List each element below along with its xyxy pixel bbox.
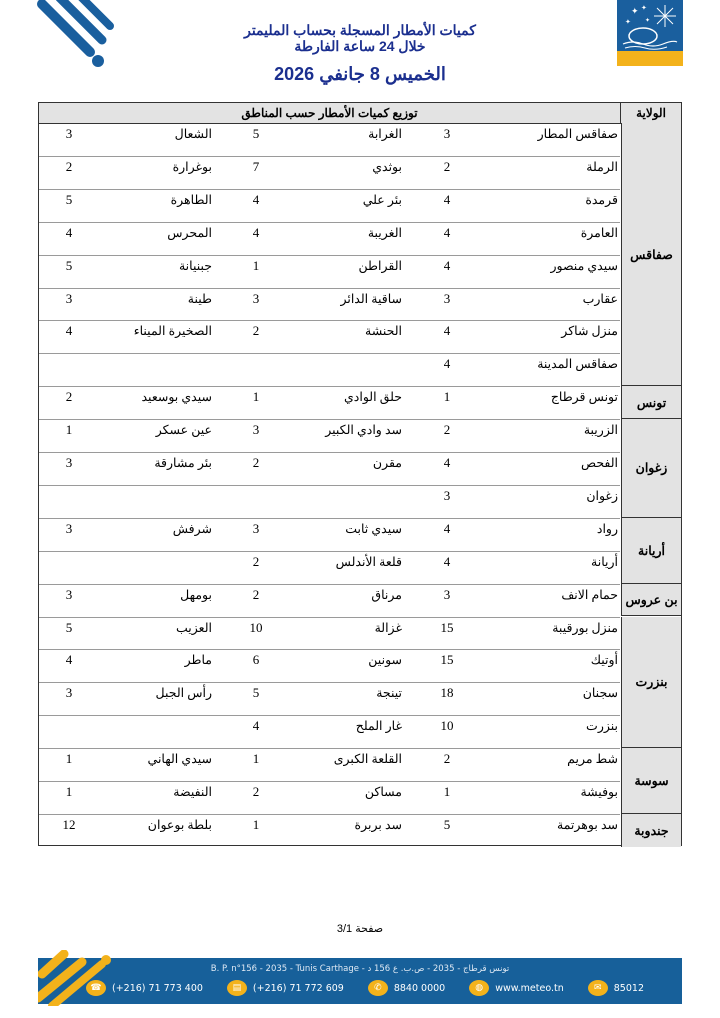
rainfall-value: 3 (435, 587, 459, 603)
station-name: رواد (597, 521, 618, 537)
row-separator (39, 814, 620, 815)
footer-address: B. P. n°156 - 2035 - Tunis Carthage - تو… (38, 964, 682, 974)
rainfall-value: 4 (435, 554, 459, 570)
wilaya-cell: بن عروس (621, 584, 681, 617)
station-name: حلق الوادي (344, 389, 402, 405)
station-name: شط مريم (567, 751, 618, 767)
rainfall-value: 4 (57, 225, 81, 241)
station-name: سد بربرة (355, 817, 402, 833)
table-row: زغوان3 (39, 485, 620, 518)
station-name: منزل شاكر (561, 323, 618, 339)
table-row: تونس قرطاج1حلق الوادي1سيدي بوسعيد2 (39, 386, 620, 419)
table-row: أريانة4قلعة الأندلس2 (39, 551, 620, 584)
svg-text:✦: ✦ (631, 6, 639, 16)
wilaya-cell: سوسة (621, 748, 681, 814)
table-row: سيدي منصور4القراطن1جبنيانة5 (39, 255, 620, 288)
rainfall-value: 4 (435, 225, 459, 241)
rainfall-value: 4 (244, 225, 268, 241)
station-name: القلعة الكبرى (334, 751, 402, 767)
station-name: سد وادي الكبير (325, 422, 402, 438)
rainfall-value: 1 (244, 389, 268, 405)
hotline-icon: ✆ (368, 980, 388, 996)
row-separator (39, 715, 620, 716)
table-row: عقارب3ساقية الدائر3طينة3 (39, 288, 620, 321)
rainfall-value: 1 (244, 817, 268, 833)
station-name: صفاقس المدينة (537, 356, 618, 372)
station-name: بوفيشة (580, 784, 618, 800)
footer-contact-text: (+216) 71 772 609 (253, 983, 344, 994)
rainfall-value: 6 (244, 652, 268, 668)
rainfall-value: 18 (435, 685, 459, 701)
table-row: الزريبة2سد وادي الكبير3عين عسكر1 (39, 419, 620, 452)
station-name: تينجة (376, 685, 402, 701)
row-separator (39, 255, 620, 256)
rainfall-value: 5 (57, 192, 81, 208)
station-name: الزريبة (584, 422, 618, 438)
station-name: بنزرت (586, 718, 618, 734)
rainfall-value: 2 (244, 455, 268, 471)
row-separator (39, 518, 620, 519)
rainfall-value: 1 (244, 751, 268, 767)
station-name: سجنان (583, 685, 618, 701)
row-separator (39, 617, 620, 618)
station-name: ساقية الدائر (340, 291, 402, 307)
sms-icon: ✉ (588, 980, 608, 996)
station-name: المحرس (167, 225, 212, 241)
wilaya-cell: صفاقس (621, 123, 681, 386)
row-separator (39, 781, 620, 782)
rainfall-value: 3 (57, 521, 81, 537)
station-name: مرناق (371, 587, 402, 603)
footer-contact: ✆8840 0000 (368, 980, 445, 996)
station-name: طينة (188, 291, 212, 307)
rainfall-value: 4 (435, 356, 459, 372)
station-name: سد بوهرتمة (557, 817, 618, 833)
station-name: النفيضة (173, 784, 212, 800)
rainfall-value: 2 (244, 323, 268, 339)
rainfall-value: 3 (435, 126, 459, 142)
yellow-stripes-icon (38, 950, 118, 1006)
station-name: العامرة (581, 225, 618, 241)
station-name: بئر مشارقة (154, 455, 212, 471)
table-header: الولاية توزيع كميات الأمطار حسب المناطق (39, 103, 681, 124)
rainfall-value: 4 (244, 718, 268, 734)
station-name: الحنشة (365, 323, 402, 339)
rainfall-value: 5 (244, 685, 268, 701)
row-separator (39, 320, 620, 321)
row-separator (39, 452, 620, 453)
table-row: صفاقس المدينة4 (39, 353, 620, 386)
station-name: الغرابة (368, 126, 402, 142)
table-row: شط مريم2القلعة الكبرى1سيدي الهاني1 (39, 748, 620, 781)
row-separator (39, 386, 620, 387)
row-separator (39, 682, 620, 683)
table-row: حمام الانف3مرناق2بومهل3 (39, 584, 620, 617)
wilaya-cell: جندوبة (621, 814, 681, 847)
footer-contact-text[interactable]: www.meteo.tn (495, 983, 564, 994)
wilaya-cell: بنزرت (621, 617, 681, 749)
station-name: الفحص (581, 455, 618, 471)
station-name: شرفش (173, 521, 212, 537)
rainfall-value: 12 (57, 817, 81, 833)
station-name: ماطر (185, 652, 212, 668)
station-name: بومهل (180, 587, 212, 603)
station-name: مقرن (373, 455, 402, 471)
station-name: منزل بورقيبة (552, 620, 618, 636)
rainfall-value: 3 (244, 521, 268, 537)
rainfall-value: 1 (244, 258, 268, 274)
row-separator (39, 649, 620, 650)
rainfall-value: 15 (435, 620, 459, 636)
column-header-distribution: توزيع كميات الأمطار حسب المناطق (39, 103, 620, 123)
row-separator (39, 156, 620, 157)
station-name: بئر علي (363, 192, 402, 208)
station-name: أريانة (591, 554, 618, 570)
rainfall-value: 10 (435, 718, 459, 734)
row-separator (39, 222, 620, 223)
rainfall-value: 2 (435, 159, 459, 175)
station-name: مساكن (365, 784, 402, 800)
station-name: العزيب (176, 620, 212, 636)
station-name: أوتيك (591, 652, 618, 668)
station-name: سونين (368, 652, 402, 668)
rainfall-value: 4 (57, 652, 81, 668)
rainfall-value: 4 (435, 521, 459, 537)
column-header-wilaya: الولاية (620, 103, 681, 123)
rainfall-value: 2 (57, 159, 81, 175)
station-name: غار الملح (356, 718, 402, 734)
rainfall-value: 3 (244, 291, 268, 307)
station-name: بوثدي (372, 159, 402, 175)
svg-text:✦: ✦ (641, 4, 647, 12)
station-name: صفاقس المطار (538, 126, 618, 142)
rainfall-value: 3 (435, 488, 459, 504)
fax-icon: ▤ (227, 980, 247, 996)
rainfall-value: 3 (435, 291, 459, 307)
table-row: صفاقس المطار3الغرابة5الشعال3 (39, 123, 620, 156)
footer-band: B. P. n°156 - 2035 - Tunis Carthage - تو… (38, 958, 682, 1004)
station-name: غزالة (375, 620, 402, 636)
station-name: سيدي ثابت (345, 521, 402, 537)
footer-contact-text: (+216) 71 773 400 (112, 983, 203, 994)
table-row: قرمدة4بئر علي4الطاهرة5 (39, 189, 620, 222)
station-name: الصخيرة الميناء (134, 323, 212, 339)
rainfall-value: 4 (57, 323, 81, 339)
web-icon: ◍ (469, 980, 489, 996)
station-name: زغوان (586, 488, 618, 504)
table-row: منزل شاكر4الحنشة2الصخيرة الميناء4 (39, 320, 620, 353)
rainfall-value: 1 (57, 784, 81, 800)
rainfall-value: 4 (435, 455, 459, 471)
rainfall-value: 5 (57, 258, 81, 274)
rainfall-value: 4 (435, 323, 459, 339)
rainfall-value: 7 (244, 159, 268, 175)
rainfall-value: 4 (435, 192, 459, 208)
footer-contact-text: 8840 0000 (394, 983, 445, 994)
station-name: الرملة (586, 159, 618, 175)
footer-contact-text: 85012 (614, 983, 644, 994)
table-row: أوتيك15سونين6ماطر4 (39, 649, 620, 682)
station-name: جبنيانة (179, 258, 212, 274)
rainfall-value: 10 (244, 620, 268, 636)
wilaya-cell: أريانة (621, 518, 681, 584)
rainfall-value: 3 (57, 685, 81, 701)
station-name: رأس الجبل (156, 685, 212, 701)
row-separator (39, 288, 620, 289)
station-name: تونس قرطاج (551, 389, 618, 405)
rainfall-value: 3 (57, 291, 81, 307)
wilaya-cell: زغوان (621, 419, 681, 518)
table-row: منزل بورقيبة15غزالة10العزيب5 (39, 617, 620, 650)
rainfall-value: 1 (435, 389, 459, 405)
table-row: سجنان18تينجة5رأس الجبل3 (39, 682, 620, 715)
station-name: سيدي منصور (550, 258, 618, 274)
rainfall-value: 3 (244, 422, 268, 438)
footer-contact: ◍www.meteo.tn (469, 980, 564, 996)
rainfall-value: 4 (244, 192, 268, 208)
station-name: قرمدة (585, 192, 618, 208)
station-name: حمام الانف (561, 587, 618, 603)
footer-contact: ▤(+216) 71 772 609 (227, 980, 344, 996)
row-separator (39, 353, 620, 354)
rainfall-value: 4 (435, 258, 459, 274)
row-separator (39, 419, 620, 420)
footer-contacts: ☎(+216) 71 773 400▤(+216) 71 772 609✆884… (86, 980, 682, 996)
page-number: صفحة 3/1 (0, 922, 720, 935)
table-row: سد بوهرتمة5سد بربرة1بلطة بوعوان12 (39, 814, 620, 847)
station-name: الغريبة (368, 225, 402, 241)
rainfall-value: 3 (57, 126, 81, 142)
table-row: العامرة4الغريبة4المحرس4 (39, 222, 620, 255)
station-name: سيدي بوسعيد (142, 389, 213, 405)
table-row: الفحص4مقرن2بئر مشارقة3 (39, 452, 620, 485)
rainfall-value: 2 (244, 587, 268, 603)
station-name: قلعة الأندلس (336, 554, 402, 570)
report-title: كميات الأمطار المسجلة بحساب المليمتر (0, 22, 720, 39)
station-name: الطاهرة (171, 192, 212, 208)
rainfall-table: الولاية توزيع كميات الأمطار حسب المناطق … (38, 102, 682, 846)
rainfall-value: 2 (244, 784, 268, 800)
station-name: بوغرارة (173, 159, 212, 175)
rainfall-value: 1 (57, 422, 81, 438)
rainfall-value: 2 (435, 751, 459, 767)
rainfall-value: 5 (435, 817, 459, 833)
row-separator (39, 189, 620, 190)
row-separator (39, 748, 620, 749)
rainfall-value: 3 (57, 587, 81, 603)
rainfall-value: 1 (57, 751, 81, 767)
station-name: بلطة بوعوان (148, 817, 212, 833)
rainfall-value: 5 (57, 620, 81, 636)
station-name: عين عسكر (156, 422, 212, 438)
rainfall-value: 5 (244, 126, 268, 142)
wilaya-cell: تونس (621, 386, 681, 419)
table-row: بنزرت10غار الملح4 (39, 715, 620, 748)
table-row: الرملة2بوثدي7بوغرارة2 (39, 156, 620, 189)
station-name: عقارب (583, 291, 618, 307)
rainfall-value: 2 (57, 389, 81, 405)
station-name: سيدي الهاني (148, 751, 212, 767)
rainfall-value: 1 (435, 784, 459, 800)
rainfall-value: 3 (57, 455, 81, 471)
rainfall-value: 15 (435, 652, 459, 668)
station-name: القراطن (359, 258, 402, 274)
station-name: الشعال (175, 126, 212, 142)
report-subtitle: خلال 24 ساعة الفارطة (0, 38, 720, 55)
rainfall-value: 2 (435, 422, 459, 438)
row-separator (39, 551, 620, 552)
table-row: بوفيشة1مساكن2النفيضة1 (39, 781, 620, 814)
report-date: الخميس 8 جانفي 2026 (0, 64, 720, 85)
table-row: رواد4سيدي ثابت3شرفش3 (39, 518, 620, 551)
row-separator (39, 485, 620, 486)
row-separator (39, 584, 620, 585)
footer-contact: ✉85012 (588, 980, 644, 996)
rainfall-value: 2 (244, 554, 268, 570)
